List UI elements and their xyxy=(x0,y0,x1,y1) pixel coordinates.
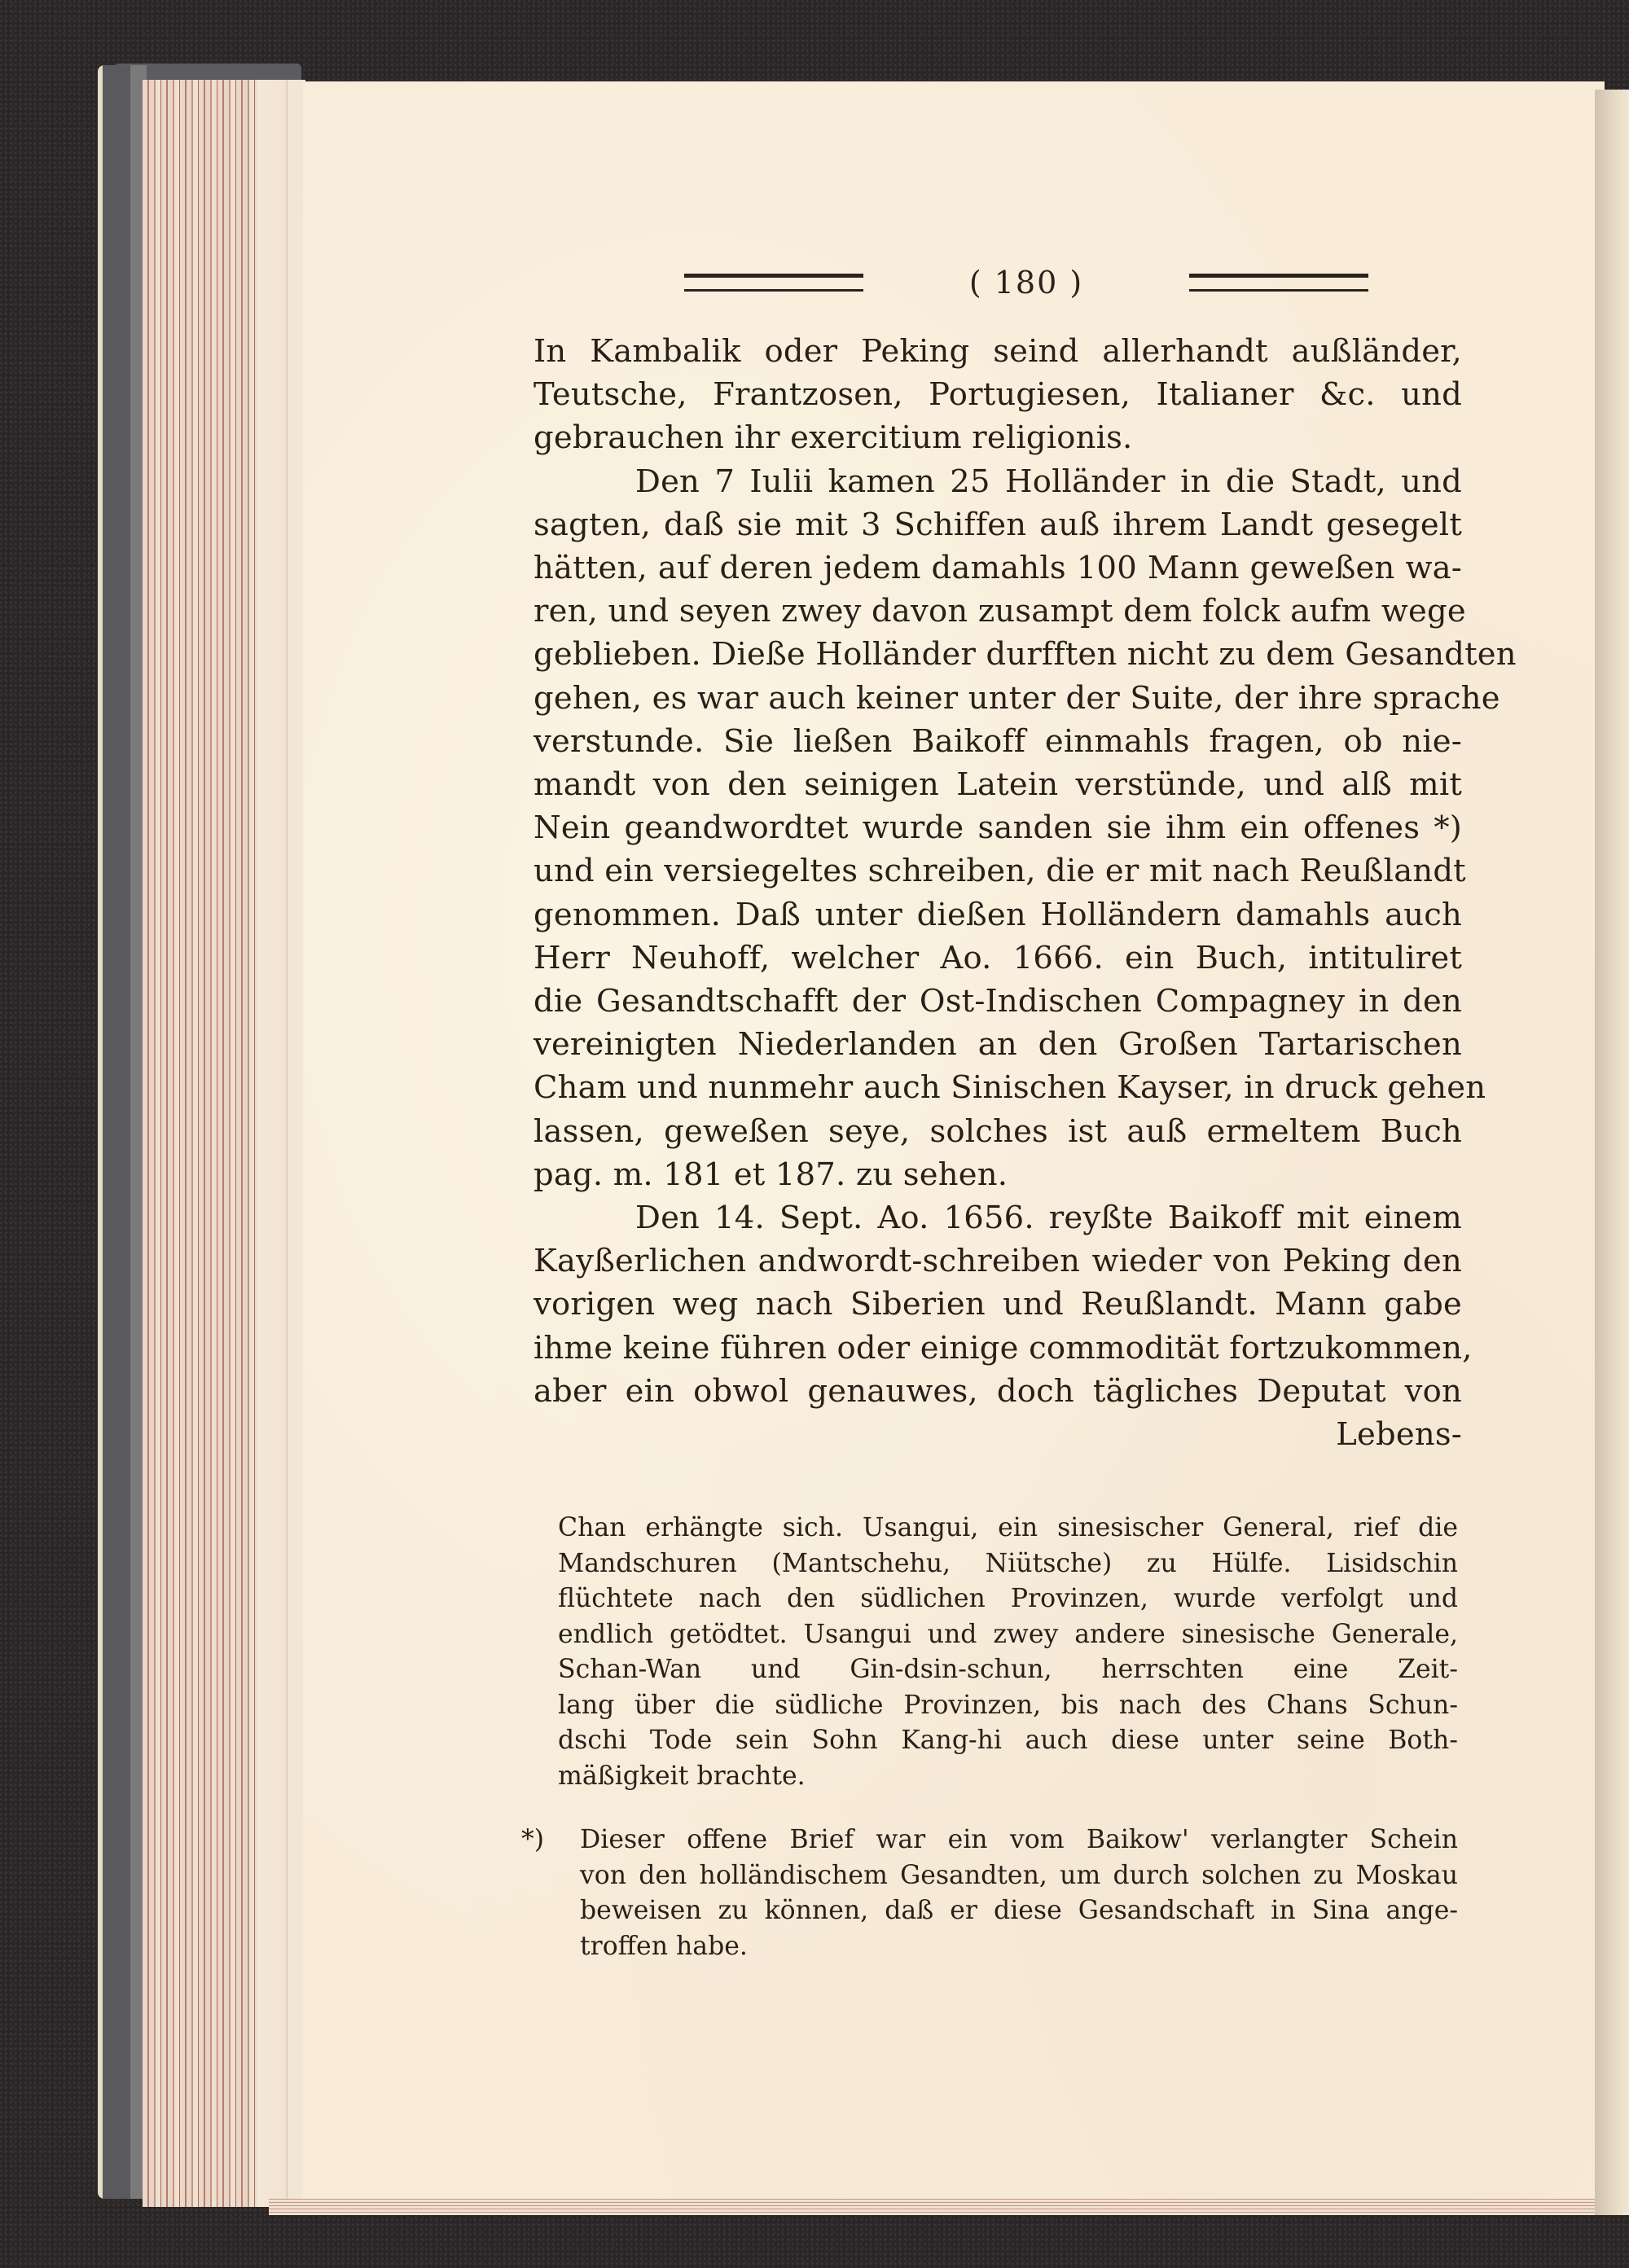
continued-note: Chan erhängte sich. Usangui, ein sinesis… xyxy=(558,1511,1458,1794)
text-line: hätten, auf deren jedem damahls 100 Mann… xyxy=(533,546,1462,590)
catchword: Lebens- xyxy=(533,1413,1462,1456)
text-line: genommen. Daß unter dießen Holländern da… xyxy=(533,893,1462,937)
inner-page-band xyxy=(257,80,305,2207)
text-line: vorigen weg nach Siberien und Reußlandt.… xyxy=(533,1283,1462,1326)
footnote-line: von den holländischem Gesandten, um durc… xyxy=(580,1858,1458,1894)
text-line: mandt von den seinigen Latein verstünde,… xyxy=(533,763,1462,806)
footnote-line: troffen habe. xyxy=(580,1929,1458,1965)
note-line: lang über die südliche Provinzen, bis na… xyxy=(558,1688,1458,1724)
note-line: flüchtete nach den südlichen Provinzen, … xyxy=(558,1581,1458,1617)
text-line: Cham und nunmehr auch Sinischen Kayser, … xyxy=(533,1066,1462,1109)
note-line: Chan erhängte sich. Usangui, ein sinesis… xyxy=(558,1511,1458,1546)
text-line: In Kambalik oder Peking seind allerhandt… xyxy=(533,330,1462,373)
text-line: vereinigten Niederlanden an den Großen T… xyxy=(533,1023,1462,1066)
page-header: ( 180 ) xyxy=(684,262,1368,303)
text-line: Nein geandwordtet wurde sanden sie ihm e… xyxy=(533,806,1462,849)
text-line: gebrauchen ihr exercitium religionis. xyxy=(533,416,1462,459)
note-line: Mandschuren (Mantschehu, Niütsche) zu Hü… xyxy=(558,1546,1458,1582)
text-line: Teutsche, Frantzosen, Portugiesen, Itali… xyxy=(533,373,1462,416)
facing-page-edge xyxy=(1595,90,1629,2215)
footnote-marker: *) xyxy=(521,1823,544,1858)
note-line: endlich getödtet. Usangui und zwey ander… xyxy=(558,1617,1458,1653)
header-rule-left xyxy=(684,274,863,292)
footnote-line: beweisen zu können, daß er diese Gesands… xyxy=(580,1893,1458,1929)
text-line: aber ein obwol genauwes, doch tägliches … xyxy=(533,1370,1462,1413)
note-line: mäßigkeit brachte. xyxy=(558,1759,1458,1795)
main-text: In Kambalik oder Peking seind allerhandt… xyxy=(533,330,1462,1456)
text-line: sagten, daß sie mit 3 Schiffen auß ihrem… xyxy=(533,503,1462,546)
text-line: und ein versiegeltes schreiben, die er m… xyxy=(533,849,1462,893)
text-line: Den 7 Iulii kamen 25 Holländer in die St… xyxy=(533,460,1462,503)
text-line: pag. m. 181 et 187. zu sehen. xyxy=(533,1153,1462,1196)
text-line: Kayßerlichen andwordt-schreiben wieder v… xyxy=(533,1239,1462,1283)
text-line: geblieben. Dieße Holländer durfften nich… xyxy=(533,633,1462,676)
text-line: ren, und seyen zwey davon zusampt dem fo… xyxy=(533,590,1462,633)
page-edges-bottom xyxy=(269,2199,1605,2215)
page-edges-left xyxy=(143,80,305,2207)
text-line: gehen, es war auch keiner unter der Suit… xyxy=(533,677,1462,720)
note-line: dschi Tode sein Sohn Kang-hi auch diese … xyxy=(558,1723,1458,1759)
text-line: die Gesandtschafft der Ost-Indischen Com… xyxy=(533,980,1462,1023)
footnote: *) Dieser offene Brief war ein vom Baiko… xyxy=(521,1823,1458,1964)
footnote-line: Dieser offene Brief war ein vom Baikow' … xyxy=(580,1823,1458,1858)
text-line: Herr Neuhoff, welcher Ao. 1666. ein Buch… xyxy=(533,937,1462,980)
note-line: Schan-Wan und Gin-dsin-schun, herrschten… xyxy=(558,1652,1458,1688)
page-number: ( 180 ) xyxy=(969,265,1083,300)
header-rule-right xyxy=(1189,274,1368,292)
text-line: verstunde. Sie ließen Baikoff einmahls f… xyxy=(533,720,1462,763)
text-line: lassen, geweßen seye, solches ist auß er… xyxy=(533,1110,1462,1153)
book-cover-spine xyxy=(98,65,147,2199)
text-line: Den 14. Sept. Ao. 1656. reyßte Baikoff m… xyxy=(533,1196,1462,1239)
text-line: ihme keine führen oder einige commodität… xyxy=(533,1327,1462,1370)
